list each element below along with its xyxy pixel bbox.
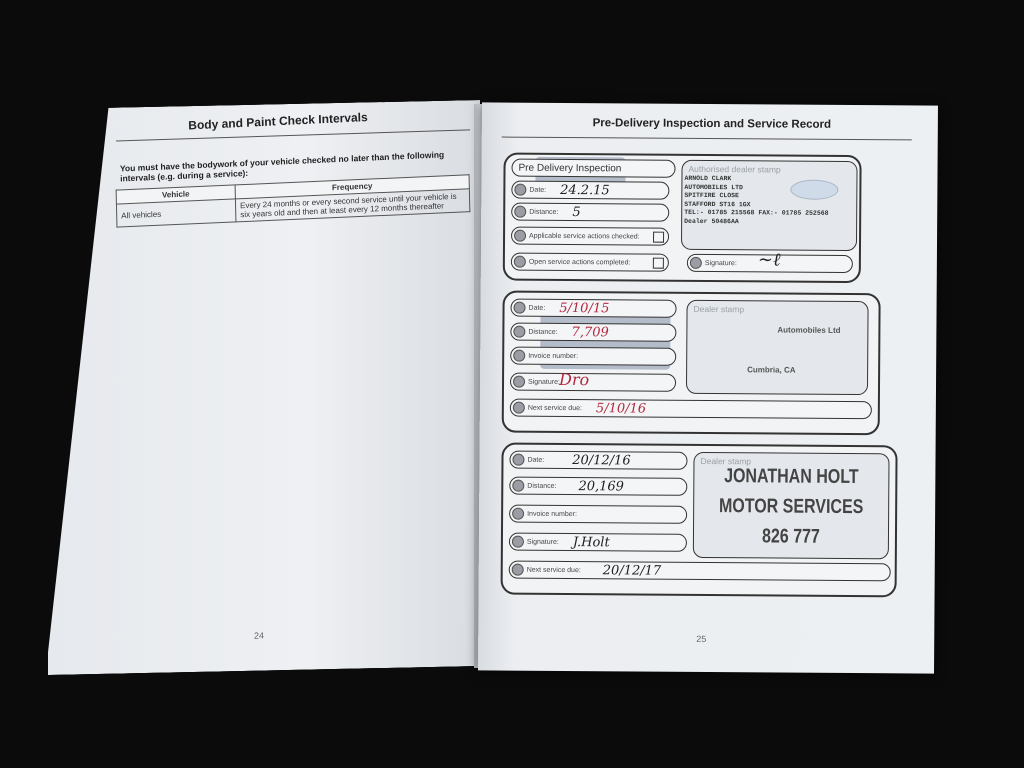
- signature-field[interactable]: Signature: J.Holt: [509, 533, 687, 552]
- field-value: 24.2.15: [560, 182, 610, 197]
- service-booklet: Body and Paint Check Intervals You must …: [0, 0, 1024, 768]
- checkbox[interactable]: [653, 257, 664, 268]
- field-label: Signature:: [528, 378, 560, 385]
- field-label: Invoice number:: [527, 510, 577, 517]
- title-divider: [502, 137, 912, 141]
- field-label: Next service due:: [527, 566, 581, 573]
- field-value: 20/12/16: [572, 453, 630, 468]
- field-label: Signature:: [705, 259, 737, 266]
- radio-icon: [513, 376, 525, 388]
- dealer-stamp: Dealer stamp Automobiles Ltd Cumbria, CA: [686, 300, 869, 395]
- field-value: 5: [572, 205, 580, 220]
- field-label: Distance:: [527, 482, 556, 489]
- radio-icon: [514, 206, 526, 218]
- stamp-line: 826 777: [713, 525, 868, 549]
- service-record-2: Date: 20/12/16 Distance: 20,169 Invoice …: [501, 443, 898, 598]
- stamp-line: TEL:- 01785 215568 FAX:- 01785 252568: [684, 209, 828, 219]
- field-value: 5/10/16: [596, 401, 646, 416]
- checkbox[interactable]: [653, 231, 664, 242]
- open-actions-completed-field[interactable]: Open service actions completed:: [511, 253, 669, 272]
- field-label: Signature:: [527, 538, 559, 545]
- table-cell: All vehicles: [116, 199, 235, 227]
- right-page: Pre-Delivery Inspection and Service Reco…: [478, 102, 938, 673]
- signature-field[interactable]: Signature: ~ℓ: [687, 254, 853, 273]
- field-label: Date:: [529, 304, 546, 311]
- interval-table: Vehicle Frequency All vehicles Every 24 …: [116, 174, 471, 227]
- radio-icon: [690, 257, 702, 269]
- radio-icon: [514, 256, 526, 268]
- radio-icon: [512, 564, 524, 576]
- page-number: 25: [696, 634, 706, 644]
- authorised-dealer-stamp: Authorised dealer stamp ARNOLD CLARK AUT…: [681, 160, 858, 251]
- pdi-heading-text: Pre Delivery Inspection: [518, 162, 621, 174]
- date-field[interactable]: Date: 20/12/16: [509, 451, 687, 470]
- distance-field[interactable]: Distance: 5: [511, 203, 669, 222]
- invoice-number-field[interactable]: Invoice number:: [510, 347, 676, 366]
- field-value: 20/12/17: [603, 563, 661, 578]
- radio-icon: [512, 480, 524, 492]
- radio-icon: [512, 454, 524, 466]
- stamp-label: Authorised dealer stamp: [688, 164, 780, 175]
- radio-icon: [513, 350, 525, 362]
- stamp-label: Dealer stamp: [694, 304, 745, 314]
- field-label: Applicable service actions checked:: [529, 232, 640, 240]
- field-label: Distance:: [528, 328, 557, 335]
- dealer-stamp: Dealer stamp JONATHAN HOLT MOTOR SERVICE…: [693, 452, 890, 559]
- radio-icon: [514, 230, 526, 242]
- stamp-line: JONATHAN HOLT: [714, 465, 869, 489]
- field-value: J.Holt: [573, 535, 610, 550]
- radio-icon: [513, 402, 525, 414]
- field-value: 20,169: [578, 479, 624, 494]
- field-value: 7,709: [572, 325, 609, 340]
- field-label: Date:: [527, 456, 544, 463]
- service-record-1: Date: 5/10/15 Distance: 7,709 Invoice nu…: [502, 291, 881, 436]
- next-service-due-field[interactable]: Next service due: 5/10/16: [510, 399, 872, 420]
- radio-icon: [513, 326, 525, 338]
- stamp-line: MOTOR SERVICES: [713, 495, 868, 519]
- pdi-heading: Pre Delivery Inspection: [511, 159, 675, 178]
- field-label: Distance:: [529, 208, 558, 215]
- left-page: Body and Paint Check Intervals You must …: [48, 100, 480, 675]
- stamp-line: Cumbria, CA: [747, 365, 796, 374]
- stamp-line: Automobiles Ltd: [777, 325, 840, 334]
- radio-icon: [512, 536, 524, 548]
- field-label: Date:: [529, 186, 546, 193]
- page-number: 24: [254, 631, 264, 641]
- next-service-due-field[interactable]: Next service due: 20/12/17: [509, 561, 891, 582]
- stamp-line: Dealer 50486AA: [684, 217, 828, 227]
- field-value: 5/10/15: [559, 300, 609, 315]
- date-field[interactable]: Date: 5/10/15: [510, 299, 676, 318]
- service-actions-checked-field[interactable]: Applicable service actions checked:: [511, 227, 669, 246]
- radio-icon: [512, 508, 524, 520]
- field-label: Next service due:: [528, 404, 582, 411]
- radio-icon: [514, 302, 526, 314]
- signature-scrawl: ~ℓ: [758, 249, 781, 270]
- signature-scrawl: Dro: [559, 370, 589, 389]
- invoice-number-field[interactable]: Invoice number:: [509, 505, 687, 524]
- date-field[interactable]: Date: 24.2.15: [511, 181, 669, 200]
- signature-field[interactable]: Signature: Dro: [510, 373, 676, 392]
- radio-icon: [514, 184, 526, 196]
- stamp-address: ARNOLD CLARK AUTOMOBILES LTD SPITFIRE CL…: [684, 175, 829, 227]
- distance-field[interactable]: Distance: 7,709: [510, 323, 676, 342]
- pdi-record: Pre Delivery Inspection Date: 24.2.15 Di…: [503, 153, 862, 283]
- field-label: Open service actions completed:: [529, 258, 631, 266]
- field-label: Invoice number:: [528, 352, 578, 359]
- page-title: Pre-Delivery Inspection and Service Reco…: [522, 117, 902, 132]
- distance-field[interactable]: Distance: 20,169: [509, 477, 687, 496]
